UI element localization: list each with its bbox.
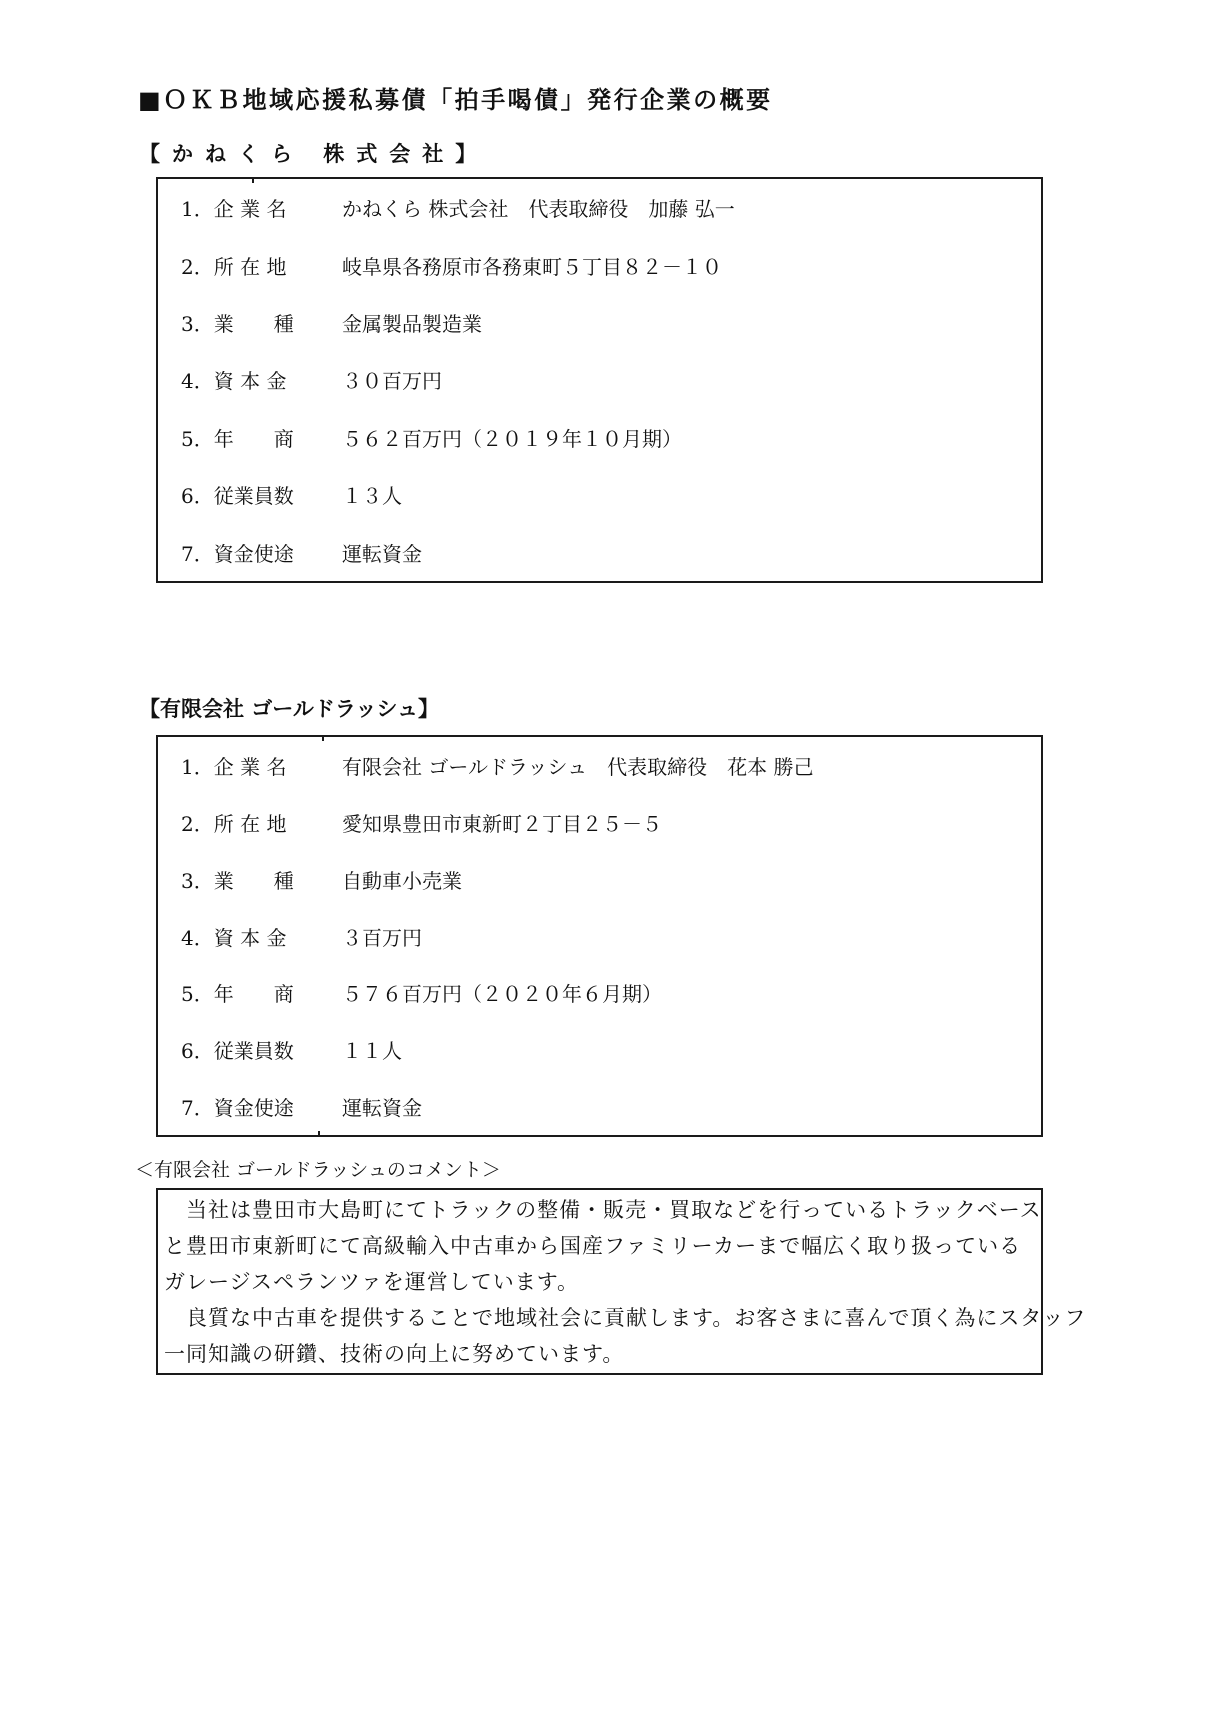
row-value: １３人 [342, 480, 402, 509]
company-info-table-kanekura: 1．企 業 名かねくら 株式会社 代表取締役 加藤 弘一 2．所 在 地岐阜県各… [156, 177, 1043, 583]
table-row: 3．業 種金属製品製造業 [158, 294, 1041, 351]
row-value: 岐阜県各務原市各務東町５丁目８２－１０ [342, 251, 722, 280]
document-page: ■ＯＫＢ地域応援私募債「拍手喝債」発行企業の概要 【かねくら 株式会社】 1．企… [0, 0, 1210, 1713]
table-row: 2．所 在 地岐阜県各務原市各務東町５丁目８２－１０ [158, 236, 1041, 293]
company-info-rows: 1．企 業 名かねくら 株式会社 代表取締役 加藤 弘一 2．所 在 地岐阜県各… [158, 179, 1041, 581]
table-row: 3．業 種自動車小売業 [158, 851, 1041, 908]
row-label: 4．資 本 金 [181, 922, 342, 951]
comment-heading: ＜有限会社 ゴールドラッシュのコメント＞ [135, 1158, 501, 1182]
row-value: 自動車小売業 [342, 865, 462, 894]
row-label: 5．年 商 [181, 423, 342, 452]
row-label: 7．資金使途 [181, 538, 342, 567]
company-heading-kanekura: 【かねくら 株式会社】 [139, 141, 488, 168]
table-row: 1．企 業 名かねくら 株式会社 代表取締役 加藤 弘一 [158, 179, 1041, 236]
row-value: ５６２百万円（２０１９年１０月期） [342, 423, 682, 452]
table-row: 7．資金使途運転資金 [158, 524, 1041, 581]
comment-box: 当社は豊田市大島町にてトラックの整備・販売・買取などを行っているトラックベース … [156, 1188, 1043, 1375]
table-row: 6．従業員数１１人 [158, 1021, 1041, 1078]
comment-line: 当社は豊田市大島町にてトラックの整備・販売・買取などを行っているトラックベース [164, 1192, 1035, 1228]
comment-line: 良質な中古車を提供することで地域社会に貢献します。お客さまに喜んで頂く為にスタッ… [164, 1300, 1035, 1336]
row-label: 3．業 種 [181, 308, 342, 337]
row-value: ３０百万円 [342, 365, 442, 394]
row-label: 4．資 本 金 [181, 365, 342, 394]
company-info-table-goldrush: 1．企 業 名有限会社 ゴールドラッシュ 代表取締役 花本 勝己 2．所 在 地… [156, 735, 1043, 1137]
row-label: 1．企 業 名 [181, 751, 342, 780]
page-title: ■ＯＫＢ地域応援私募債「拍手喝債」発行企業の概要 [138, 86, 773, 114]
comment-line: 一同知識の研鑽、技術の向上に努めています。 [164, 1336, 1035, 1372]
table-row: 6．従業員数１３人 [158, 466, 1041, 523]
column-divider-tick [318, 1131, 320, 1135]
column-divider-tick [252, 179, 254, 183]
table-row: 4．資 本 金３百万円 [158, 908, 1041, 965]
row-label: 5．年 商 [181, 978, 342, 1007]
comment-line: と豊田市東新町にて高級輸入中古車から国産ファミリーカーまで幅広く取り扱っている [164, 1228, 1035, 1264]
table-row: 5．年 商５６２百万円（２０１９年１０月期） [158, 409, 1041, 466]
row-label: 3．業 種 [181, 865, 342, 894]
table-row: 5．年 商５７６百万円（２０２０年６月期） [158, 964, 1041, 1021]
row-value: １１人 [342, 1035, 402, 1064]
row-value: 愛知県豊田市東新町２丁目２５－５ [342, 808, 662, 837]
table-row: 4．資 本 金３０百万円 [158, 351, 1041, 408]
row-label: 2．所 在 地 [181, 808, 342, 837]
table-row: 7．資金使途運転資金 [158, 1078, 1041, 1135]
company-info-rows: 1．企 業 名有限会社 ゴールドラッシュ 代表取締役 花本 勝己 2．所 在 地… [158, 737, 1041, 1135]
row-value: かねくら 株式会社 代表取締役 加藤 弘一 [342, 193, 735, 222]
row-value: ３百万円 [342, 922, 422, 951]
table-row: 2．所 在 地愛知県豊田市東新町２丁目２５－５ [158, 794, 1041, 851]
row-value: 金属製品製造業 [342, 308, 482, 337]
row-label: 2．所 在 地 [181, 251, 342, 280]
row-value: ５７６百万円（２０２０年６月期） [342, 978, 662, 1007]
row-label: 1．企 業 名 [181, 193, 342, 222]
row-value: 運転資金 [342, 538, 422, 567]
row-label: 6．従業員数 [181, 1035, 342, 1064]
row-label: 6．従業員数 [181, 480, 342, 509]
comment-line: ガレージスペランツァを運営しています。 [164, 1264, 1035, 1300]
row-value: 有限会社 ゴールドラッシュ 代表取締役 花本 勝己 [342, 751, 814, 780]
company-heading-goldrush: 【有限会社 ゴールドラッシュ】 [139, 696, 439, 723]
table-row: 1．企 業 名有限会社 ゴールドラッシュ 代表取締役 花本 勝己 [158, 737, 1041, 794]
column-divider-tick [322, 737, 324, 741]
row-label: 7．資金使途 [181, 1092, 342, 1121]
row-value: 運転資金 [342, 1092, 422, 1121]
